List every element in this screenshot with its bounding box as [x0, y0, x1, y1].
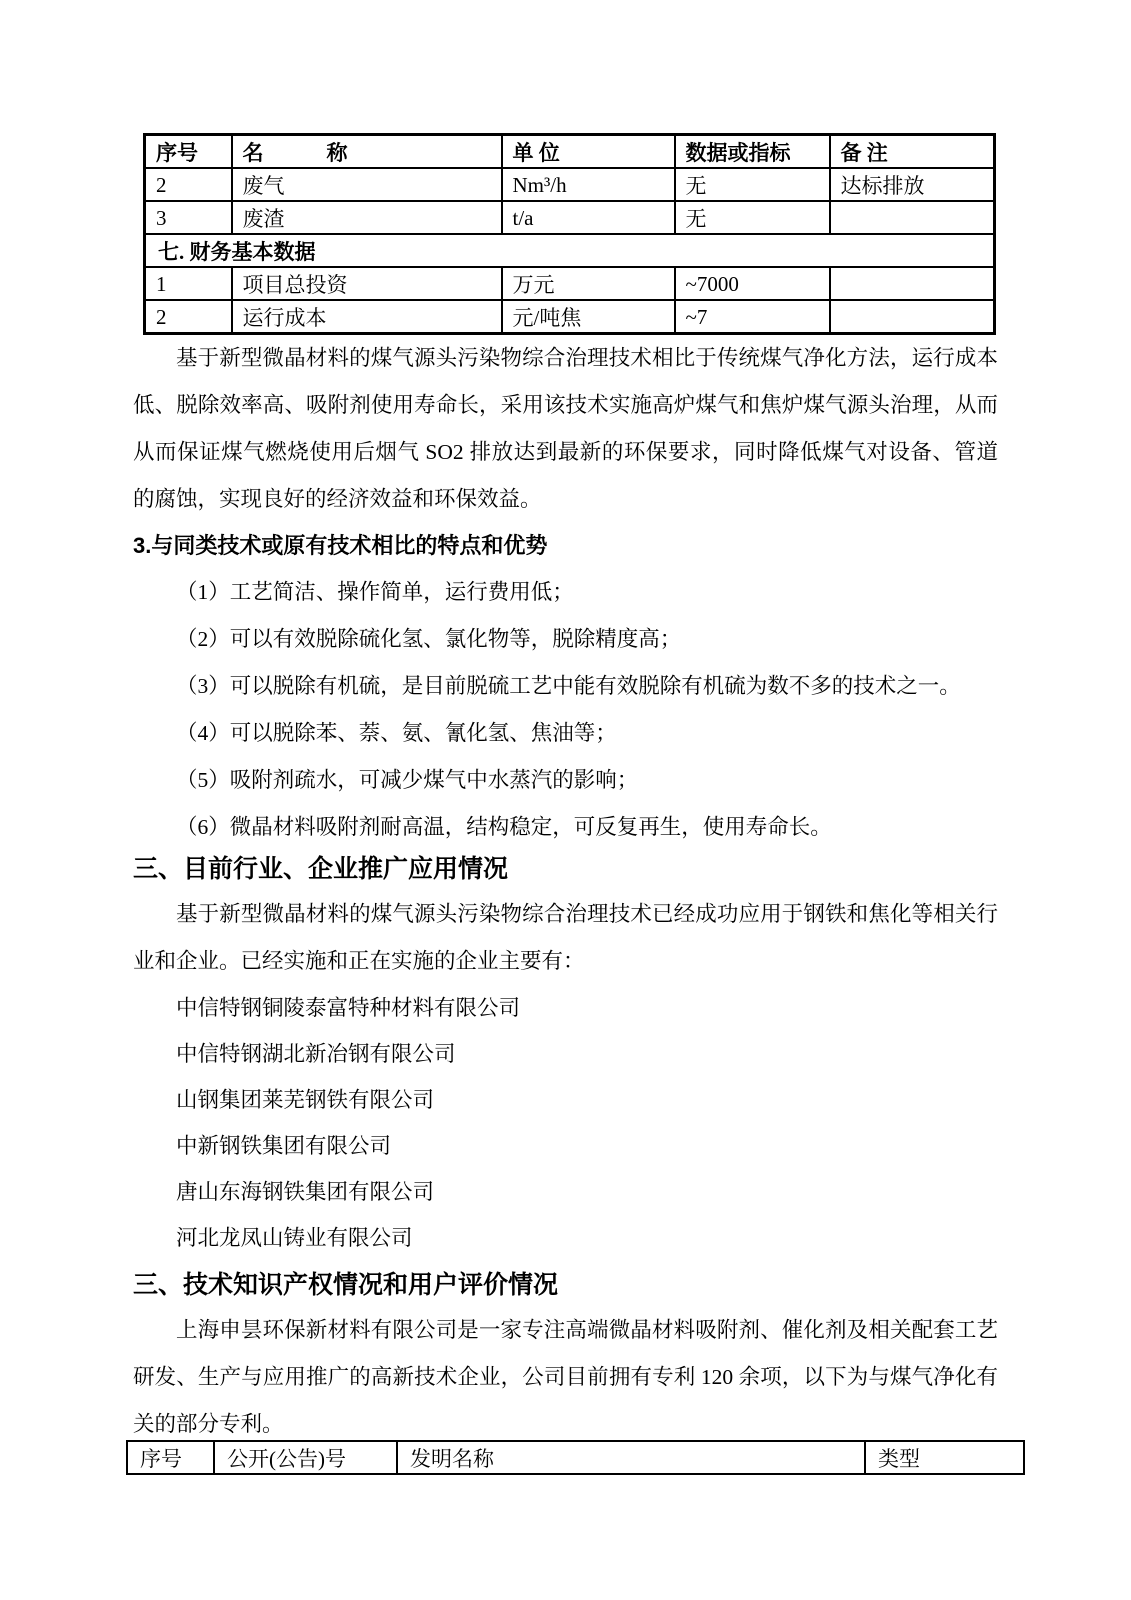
application-paragraph: 基于新型微晶材料的煤气源头污染物综合治理技术已经成功应用于钢铁和焦化等相关行业和… [133, 891, 998, 985]
env-cell-serial: 1 [145, 267, 232, 300]
env-cell-unit: 万元 [502, 267, 675, 300]
table-row: 2 运行成本 元/吨焦 ~7 [145, 300, 995, 334]
env-table-header-row: 序号 名 称 单 位 数据或指标 备 注 [145, 135, 995, 169]
page-content: 序号 名 称 单 位 数据或指标 备 注 2 废气 Nm³/h 无 达标排放 3… [0, 0, 1131, 1475]
env-cell-note [830, 300, 995, 334]
summary-paragraph: 基于新型微晶材料的煤气源头污染物综合治理技术相比于传统煤气净化方法，运行成本低、… [133, 335, 998, 523]
advantage-item: （1）工艺简洁、操作简单，运行费用低； [133, 569, 998, 616]
company-item: 山钢集团莱芜钢铁有限公司 [133, 1077, 998, 1123]
env-header-serial: 序号 [145, 135, 232, 169]
env-cell-value: ~7 [675, 300, 830, 334]
advantage-item: （5）吸附剂疏水，可减少煤气中水蒸汽的影响； [133, 757, 998, 804]
env-cell-name: 废气 [232, 168, 502, 201]
env-cell-note: 达标排放 [830, 168, 995, 201]
application-heading: 三、目前行业、企业推广应用情况 [133, 847, 998, 891]
env-header-value: 数据或指标 [675, 135, 830, 169]
company-item: 中新钢铁集团有限公司 [133, 1123, 998, 1169]
env-cell-value: 无 [675, 168, 830, 201]
env-cell-value: ~7000 [675, 267, 830, 300]
table-row: 3 废渣 t/a 无 [145, 201, 995, 234]
company-item: 唐山东海钢铁集团有限公司 [133, 1169, 998, 1215]
env-header-name: 名 称 [232, 135, 502, 169]
table-section-row: 七. 财务基本数据 [145, 234, 995, 267]
env-cell-unit: Nm³/h [502, 168, 675, 201]
advantage-item: （3）可以脱除有机硫，是目前脱硫工艺中能有效脱除有机硫为数不多的技术之一。 [133, 663, 998, 710]
env-cell-value: 无 [675, 201, 830, 234]
env-cell-unit: t/a [502, 201, 675, 234]
document-page: 序号 名 称 单 位 数据或指标 备 注 2 废气 Nm³/h 无 达标排放 3… [0, 0, 1131, 1600]
advantage-item: （6）微晶材料吸附剂耐高温，结构稳定，可反复再生，使用寿命长。 [133, 804, 998, 851]
company-item: 河北龙凤山铸业有限公司 [133, 1215, 998, 1261]
patent-header-invention-name: 发明名称 [397, 1441, 865, 1474]
company-item: 中信特钢铜陵泰富特种材料有限公司 [133, 985, 998, 1031]
patent-header-publication-number: 公开(公告)号 [214, 1441, 397, 1474]
table-row: 1 项目总投资 万元 ~7000 [145, 267, 995, 300]
patent-table: 序号 公开(公告)号 发明名称 类型 [126, 1440, 1025, 1475]
advantage-item: （4）可以脱除苯、萘、氨、氰化氢、焦油等； [133, 710, 998, 757]
env-cell-serial: 2 [145, 300, 232, 334]
ip-heading: 三、技术知识产权情况和用户评价情况 [133, 1263, 998, 1307]
env-cell-serial: 3 [145, 201, 232, 234]
advantages-heading: 3.与同类技术或原有技术相比的特点和优势 [133, 523, 998, 569]
company-item: 中信特钢湖北新冶钢有限公司 [133, 1031, 998, 1077]
env-cell-unit: 元/吨焦 [502, 300, 675, 334]
patent-table-header-row: 序号 公开(公告)号 发明名称 类型 [127, 1441, 1024, 1474]
env-header-note: 备 注 [830, 135, 995, 169]
patent-header-type: 类型 [865, 1441, 1024, 1474]
advantage-item: （2）可以有效脱除硫化氢、氯化物等，脱除精度高； [133, 616, 998, 663]
ip-paragraph: 上海申昙环保新材料有限公司是一家专注高端微晶材料吸附剂、催化剂及相关配套工艺研发… [133, 1307, 998, 1448]
env-cell-name: 项目总投资 [232, 267, 502, 300]
env-cell-note [830, 201, 995, 234]
env-section-finance: 七. 财务基本数据 [145, 234, 995, 267]
env-header-unit: 单 位 [502, 135, 675, 169]
table-row: 2 废气 Nm³/h 无 达标排放 [145, 168, 995, 201]
env-cell-name: 废渣 [232, 201, 502, 234]
env-cell-serial: 2 [145, 168, 232, 201]
environment-finance-table: 序号 名 称 单 位 数据或指标 备 注 2 废气 Nm³/h 无 达标排放 3… [143, 133, 996, 335]
env-cell-name: 运行成本 [232, 300, 502, 334]
env-cell-note [830, 267, 995, 300]
